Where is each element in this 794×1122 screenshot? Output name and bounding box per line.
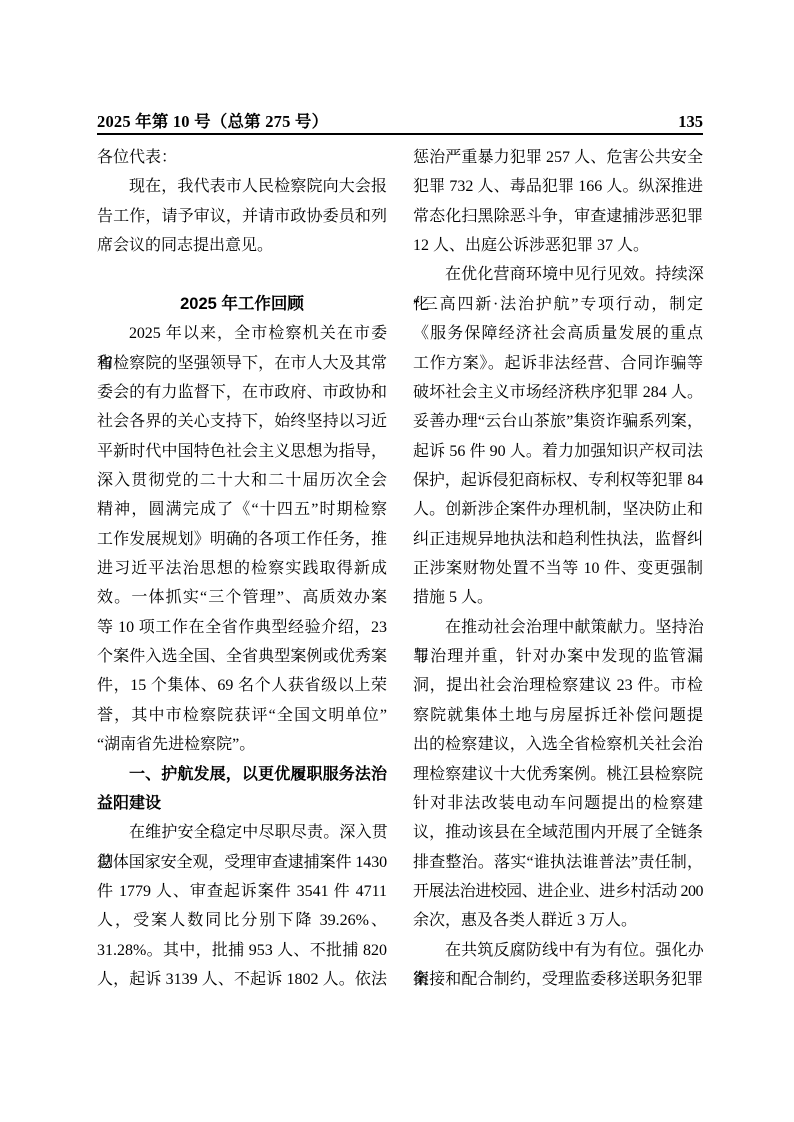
text-line: 深入贯彻党的二十大和二十届历次全会 xyxy=(97,466,387,495)
page-number: 135 xyxy=(678,111,703,132)
text-line: 31.28%。其中，批捕 953 人、不批捕 820 xyxy=(97,936,387,965)
text-line: 人，起诉 3139 人、不起诉 1802 人。依法 xyxy=(97,965,387,994)
text-line: 总体国家安全观，受理审查逮捕案件 1430 xyxy=(97,848,387,877)
text-line: 正涉案财物处置不当等 10 件、变更强制 xyxy=(413,554,703,583)
text-line: 妥善办理“云台山茶旅”集资诈骗系列案， xyxy=(413,407,703,436)
text-line: 委会的有力监督下，在市政府、市政协和 xyxy=(97,378,387,407)
text-line: 一、护航发展，以更优履职服务法治 xyxy=(97,760,387,789)
text-line: 洞，提出社会治理检察建议 23 件。市检 xyxy=(413,671,703,700)
text-line: 件 1779 人、审查起诉案件 3541 件 4711 xyxy=(97,877,387,906)
text-line: 与治理并重，针对办案中发现的监管漏 xyxy=(413,642,703,671)
text-line: 工作发展规划》明确的各项工作任务，推 xyxy=(97,525,387,554)
text-line: 人。创新涉企案件办理机制，坚决防止和 xyxy=(413,495,703,524)
text-line: 省检察院的坚强领导下，在市人大及其常 xyxy=(97,349,387,378)
text-line: “湖南省先进检察院”。 xyxy=(97,730,387,759)
text-line: 誉，其中市检察院获评“全国文明单位” xyxy=(97,701,387,730)
issue-number: 2025 年第 10 号（总第 275 号） xyxy=(97,111,328,132)
text-line: 现在，我代表市人民检察院向大会报 xyxy=(97,172,387,201)
text-line: 社会各界的关心支持下，始终坚持以习近 xyxy=(97,407,387,436)
text-line: 精神，圆满完成了《“十四五”时期检察 xyxy=(97,495,387,524)
text-line xyxy=(97,260,387,289)
text-line: 议，推动该县在全域范围内开展了全链条 xyxy=(413,818,703,847)
text-line: 犯罪 732 人、毒品犯罪 166 人。纵深推进 xyxy=(413,172,703,201)
text-line: 在优化营商环境中见行见效。持续深化 xyxy=(413,260,703,289)
text-line: 人，受案人数同比分别下降 39.26%、 xyxy=(97,906,387,935)
text-line: 惩治严重暴力犯罪 257 人、危害公共安全 xyxy=(413,143,703,172)
left-column: 各位代表：现在，我代表市人民检察院向大会报告工作，请予审议，并请市政协委员和列席… xyxy=(97,143,387,994)
text-line: 排查整治。落实“谁执法谁普法”责任制， xyxy=(413,848,703,877)
text-line: 效。一体抓实“三个管理”、高质效办案 xyxy=(97,583,387,612)
text-line: 席会议的同志提出意见。 xyxy=(97,231,387,260)
text-line: 告工作，请予审议，并请市政协委员和列 xyxy=(97,202,387,231)
text-line: 在共筑反腐防线中有为有位。强化办案 xyxy=(413,936,703,965)
text-line: 常态化扫黑除恶斗争，审查逮捕涉恶犯罪 xyxy=(413,202,703,231)
text-line: 件，15 个集体、69 名个人获省级以上荣 xyxy=(97,671,387,700)
text-line: 在推动社会治理中献策献力。坚持治罪 xyxy=(413,613,703,642)
document-page: 2025 年第 10 号（总第 275 号） 135 各位代表：现在，我代表市人… xyxy=(0,0,794,1122)
text-line: 益阳建设 xyxy=(97,789,387,818)
text-line: 2025 年以来，全市检察机关在市委和 xyxy=(97,319,387,348)
text-line: 针对非法改装电动车问题提出的检察建 xyxy=(413,789,703,818)
header-rule xyxy=(97,133,703,135)
page-header: 2025 年第 10 号（总第 275 号） 135 xyxy=(97,111,703,132)
text-line: 在维护安全稳定中尽职尽责。深入贯彻 xyxy=(97,818,387,847)
text-line: 纠正违规异地执法和趋利性执法，监督纠 xyxy=(413,525,703,554)
text-line: 开展法治进校园、进企业、进乡村活动 200 xyxy=(413,877,703,906)
text-line: 出的检察建议，入选全省检察机关社会治 xyxy=(413,730,703,759)
text-line: “三高四新·法治护航”专项行动，制定 xyxy=(413,290,703,319)
text-line: 各位代表： xyxy=(97,143,387,172)
text-line: 工作方案》。起诉非法经营、合同诈骗等 xyxy=(413,349,703,378)
text-line: 2025 年工作回顾 xyxy=(97,290,387,319)
text-line: 起诉 56 件 90 人。着力加强知识产权司法 xyxy=(413,437,703,466)
text-line: 保护，起诉侵犯商标权、专利权等犯罪 84 xyxy=(413,466,703,495)
text-line: 《服务保障经济社会高质量发展的重点 xyxy=(413,319,703,348)
text-line: 12 人、出庭公诉涉恶犯罪 37 人。 xyxy=(413,231,703,260)
text-line: 平新时代中国特色社会主义思想为指导， xyxy=(97,437,387,466)
text-line: 余次，惠及各类人群近 3 万人。 xyxy=(413,906,703,935)
right-column: 惩治严重暴力犯罪 257 人、危害公共安全犯罪 732 人、毒品犯罪 166 人… xyxy=(413,143,703,994)
text-line: 个案件入选全国、全省典型案例或优秀案 xyxy=(97,642,387,671)
text-line: 破坏社会主义市场经济秩序犯罪 284 人。 xyxy=(413,378,703,407)
text-line: 措施 5 人。 xyxy=(413,583,703,612)
text-line: 理检察建议十大优秀案例。桃江县检察院 xyxy=(413,760,703,789)
text-line: 察院就集体土地与房屋拆迁补偿问题提 xyxy=(413,701,703,730)
text-line: 衔接和配合制约，受理监委移送职务犯罪 xyxy=(413,965,703,994)
text-line: 进习近平法治思想的检察实践取得新成 xyxy=(97,554,387,583)
document-body: 各位代表：现在，我代表市人民检察院向大会报告工作，请予审议，并请市政协委员和列席… xyxy=(97,143,703,994)
text-line: 等 10 项工作在全省作典型经验介绍，23 xyxy=(97,613,387,642)
